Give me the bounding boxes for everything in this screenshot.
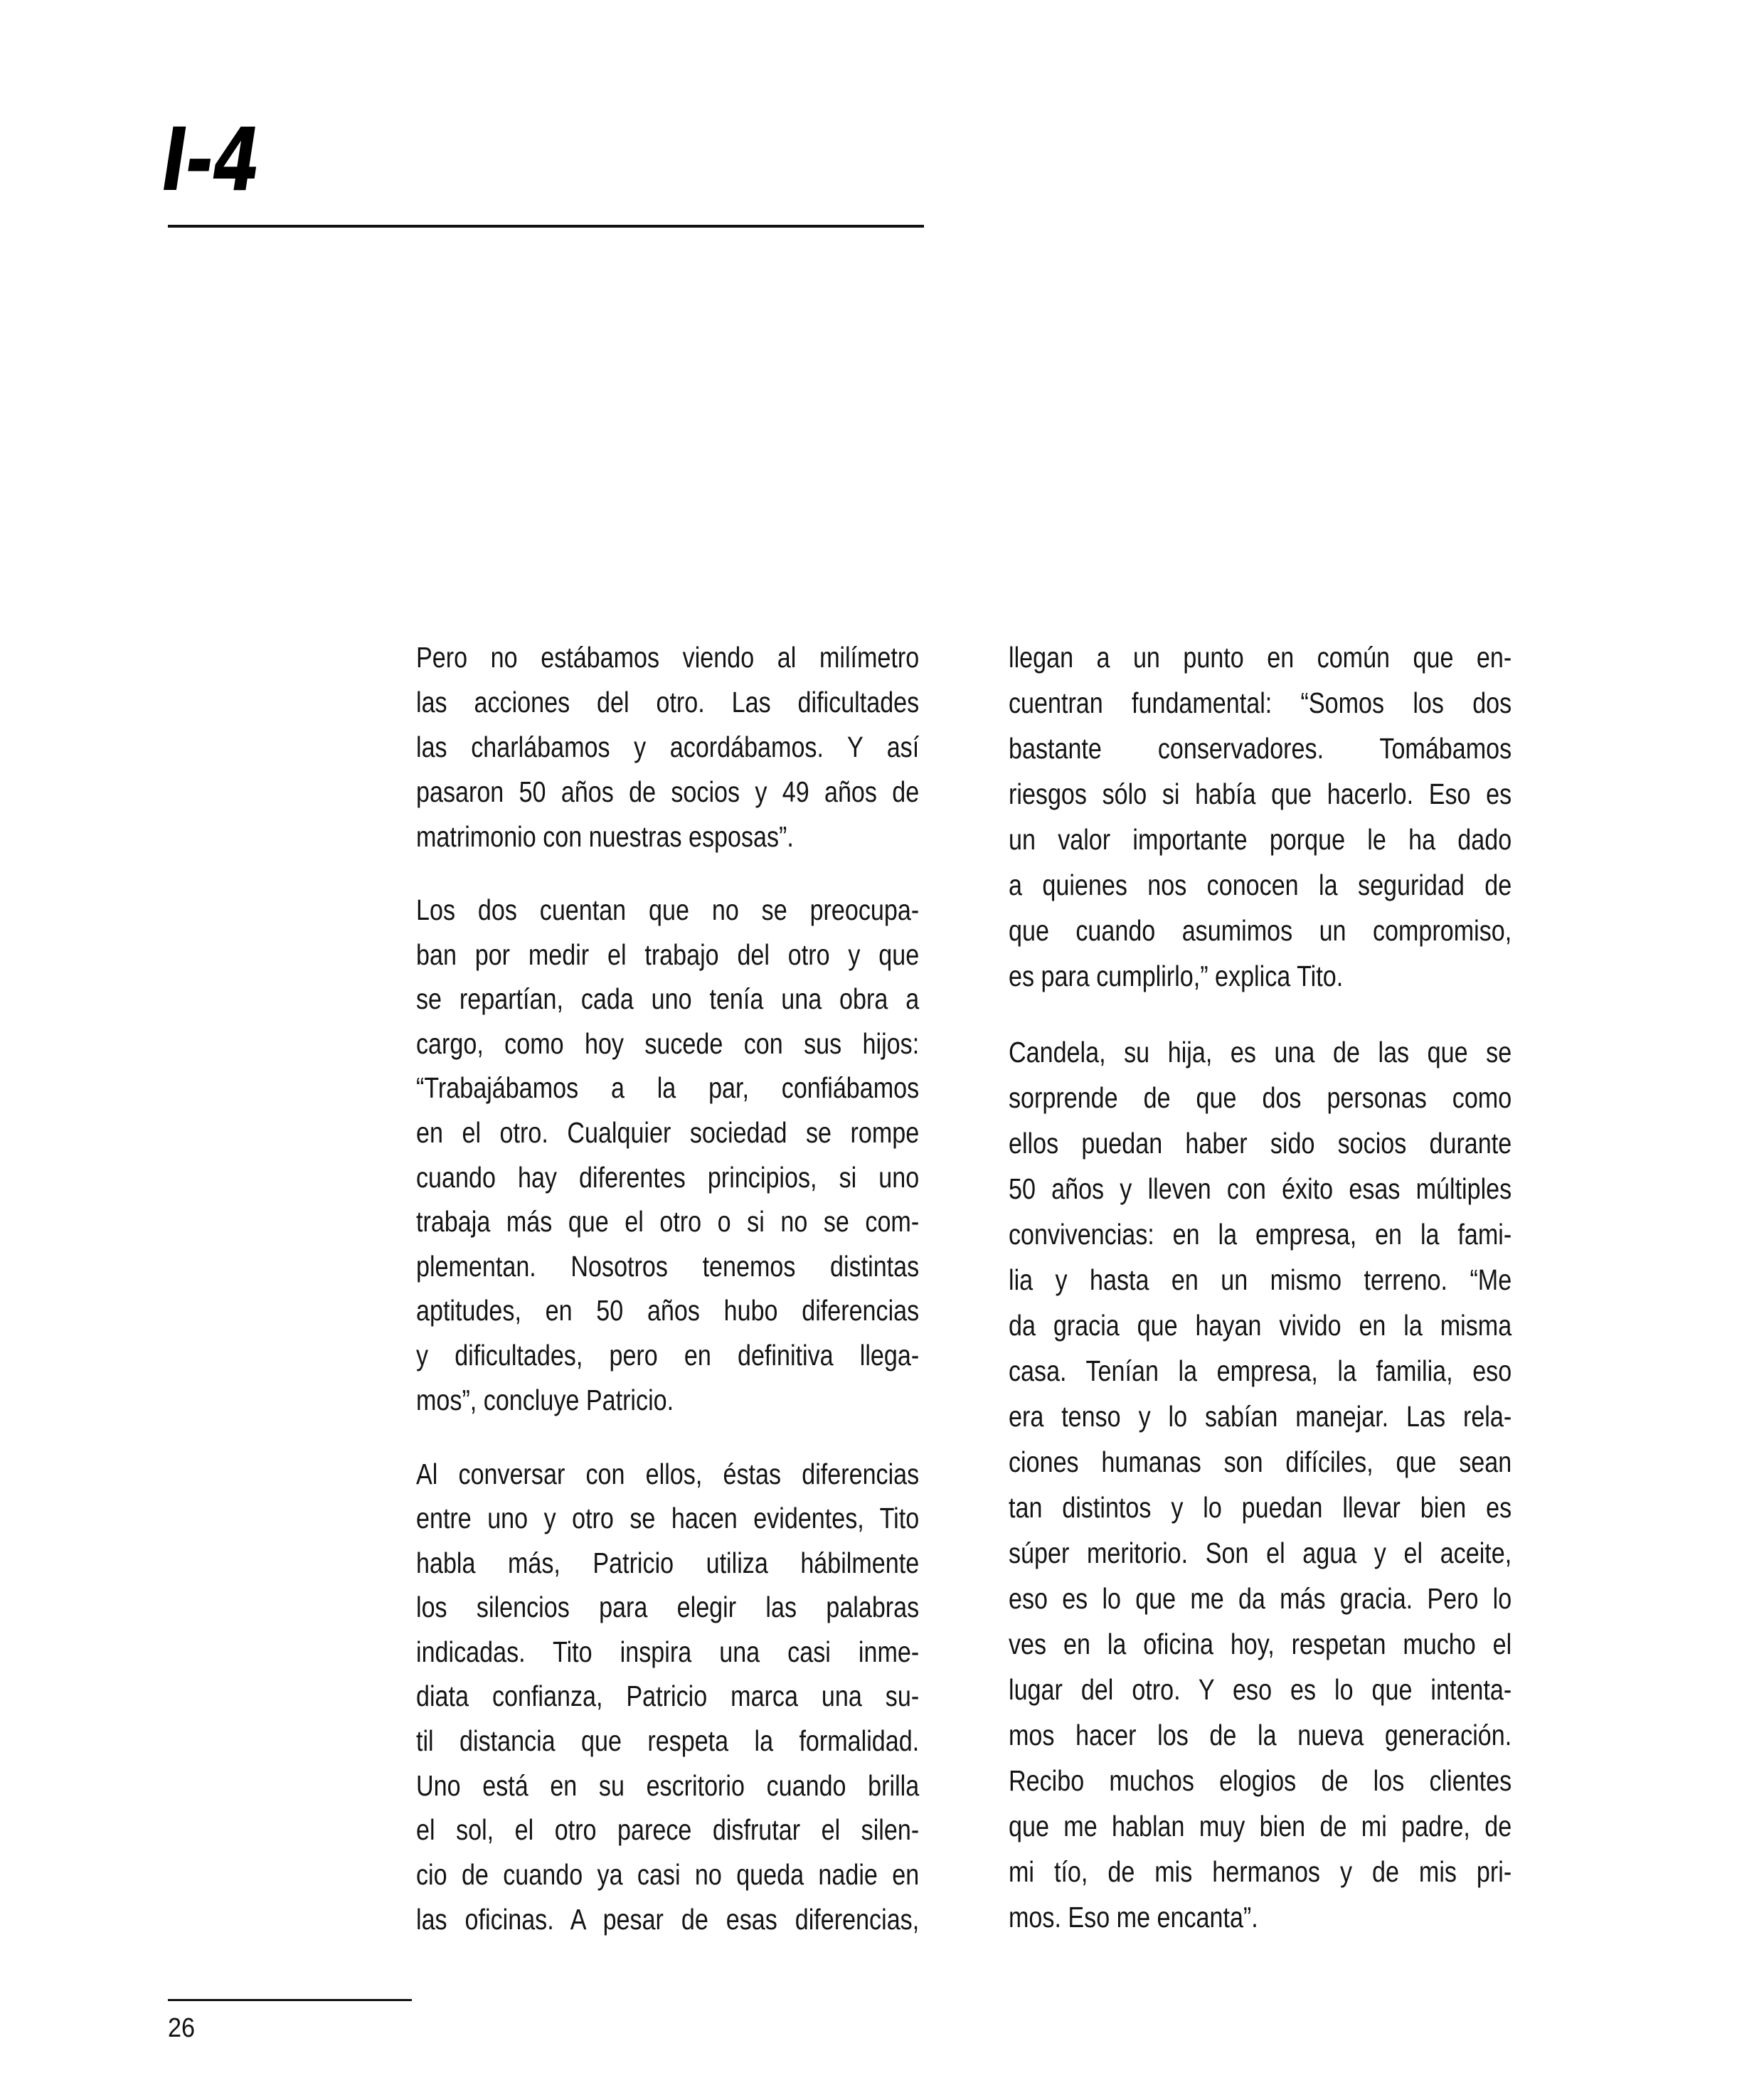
text-line: mos”, concluye Patricio. [416,1377,919,1423]
text-line: cio de cuando ya casi no queda nadie en [416,1852,919,1897]
text-line: que cuando asumimos un compromiso, [1009,908,1511,953]
text-line: sorprende de que dos personas como [1009,1075,1511,1120]
text-line: cuando hay diferentes principios, si uno [416,1155,919,1200]
text-line: Pero no estábamos viendo al milímetro [416,635,919,680]
text-line: ciones humanas son difíciles, que sean [1009,1439,1511,1485]
text-line: que me hablan muy bien de mi padre, de [1009,1803,1511,1849]
text-line: da gracia que hayan vivido en la misma [1009,1303,1511,1348]
text-line: era tenso y lo sabían manejar. Las rela- [1009,1394,1511,1439]
chapter-title: I-4 [162,114,259,206]
text-line: mos. Eso me encanta”. [1009,1894,1511,1940]
text-line: “Trabajábamos a la par, confiábamos [416,1065,919,1110]
text-line: riesgos sólo si había que hacerlo. Eso e… [1009,771,1511,817]
text-line: Los dos cuentan que no se preocupa- [416,887,919,933]
text-line: indicadas. Tito inspira una casi inme- [416,1629,919,1675]
title-rule [168,225,924,228]
text-line: las oficinas. A pesar de esas diferencia… [416,1897,919,1942]
text-line: los silencios para elegir las palabras [416,1584,919,1630]
text-line: trabaja más que el otro o si no se com- [416,1199,919,1244]
text-line: entre uno y otro se hacen evidentes, Tit… [416,1495,919,1541]
text-line: cargo, como hoy sucede con sus hijos: [416,1021,919,1066]
text-line: matrimonio con nuestras esposas”. [416,814,919,859]
text-line: súper meritorio. Son el agua y el aceite… [1009,1530,1511,1576]
text-line: lia y hasta en un mismo terreno. “Me [1009,1257,1511,1303]
text-line: mos hacer los de la nueva generación. [1009,1712,1511,1758]
text-line: diata confianza, Patricio marca una su- [416,1673,919,1719]
text-line: las acciones del otro. Las dificultades [416,679,919,725]
text-line: en el otro. Cualquier sociedad se rompe [416,1110,919,1155]
text-line: Recibo muchos elogios de los clientes [1009,1758,1511,1803]
page-number: 26 [168,2012,195,2044]
text-line: casa. Tenían la empresa, la familia, eso [1009,1348,1511,1394]
text-line: se repartían, cada uno tenía una obra a [416,976,919,1022]
text-line: eso es lo que me da más gracia. Pero lo [1009,1576,1511,1621]
text-line: Candela, su hija, es una de las que se [1009,1029,1511,1075]
text-line: bastante conservadores. Tomábamos [1009,726,1511,771]
text-line: mi tío, de mis hermanos y de mis pri- [1009,1849,1511,1894]
text-line: cuentran fundamental: “Somos los dos [1009,680,1511,726]
text-line: til distancia que respeta la formalidad. [416,1718,919,1764]
footer-rule [168,1999,412,2001]
text-line: el sol, el otro parece disfrutar el sile… [416,1807,919,1852]
text-line: 50 años y lleven con éxito esas múltiple… [1009,1166,1511,1211]
text-line: a quienes nos conocen la seguridad de [1009,862,1511,908]
text-line: tan distintos y lo puedan llevar bien es [1009,1485,1511,1530]
text-line: lugar del otro. Y eso es lo que intenta- [1009,1667,1511,1712]
text-line: llegan a un punto en común que en- [1009,635,1511,680]
text-line: Al conversar con ellos, éstas diferencia… [416,1451,919,1497]
text-line: convivencias: en la empresa, en la fami- [1009,1211,1511,1257]
text-line: y dificultades, pero en definitiva llega… [416,1332,919,1378]
text-line: un valor importante porque le ha dado [1009,817,1511,862]
text-line: Uno está en su escritorio cuando brilla [416,1763,919,1808]
text-line: ellos puedan haber sido socios durante [1009,1120,1511,1166]
text-line: habla más, Patricio utiliza hábilmente [416,1540,919,1586]
text-line: plementan. Nosotros tenemos distintas [416,1243,919,1289]
page: I-4 Pero no estábamos viendo al milímetr… [0,0,1764,2100]
text-line: pasaron 50 años de socios y 49 años de [416,769,919,815]
text-line: las charlábamos y acordábamos. Y así [416,724,919,770]
text-line: aptitudes, en 50 años hubo diferencias [416,1288,919,1333]
text-line: es para cumplirlo,” explica Tito. [1009,953,1511,999]
text-line: ban por medir el trabajo del otro y que [416,932,919,977]
text-line: ves en la oficina hoy, respetan mucho el [1009,1621,1511,1667]
